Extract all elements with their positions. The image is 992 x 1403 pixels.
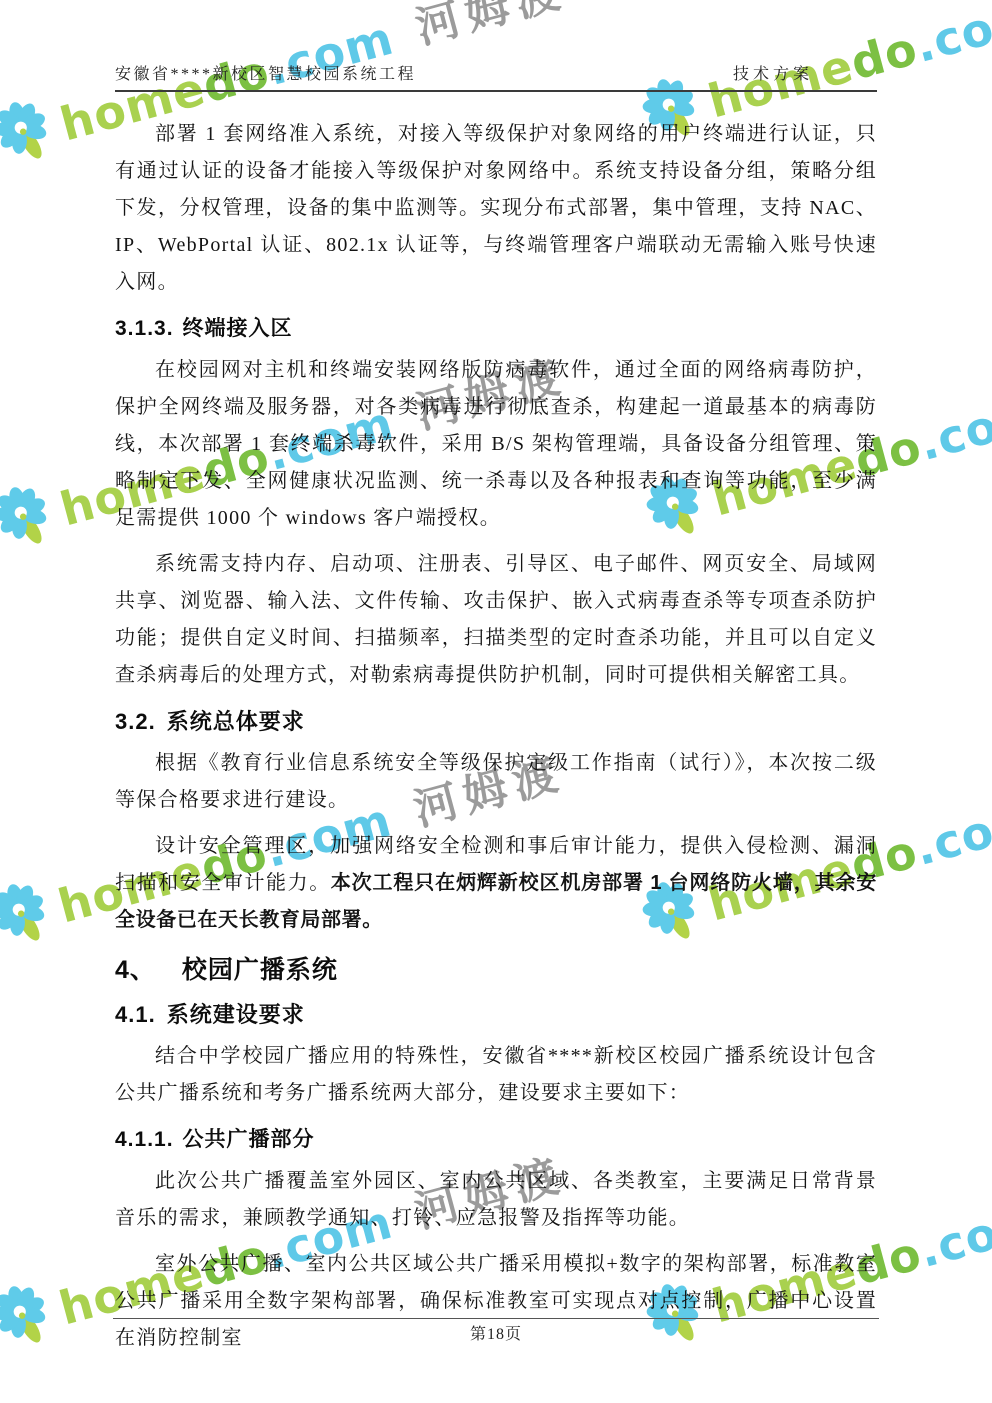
heading-title: 系统总体要求 [167, 708, 305, 736]
paragraph: 根据《教育行业信息系统安全等级保护定级工作指南（试行）》，本次按二级等保合格要求… [115, 745, 877, 819]
heading-title: 校园广播系统 [182, 953, 338, 987]
section-heading: 3.1.3.终端接入区 [115, 315, 877, 343]
page-number: 第18页 [115, 1321, 877, 1344]
homedo-flower-logo-icon [0, 1274, 63, 1366]
heading-title: 终端接入区 [183, 315, 293, 343]
heading-title: 公共广播部分 [183, 1126, 315, 1154]
text-run: 部署 1 套网络准入系统，对接入等级保护对象网络的用户终端进行认证，只有通过认证… [115, 123, 877, 293]
header-left-title: 安徽省****新校区智慧校园系统工程 [115, 61, 416, 84]
text-run: 此次公共广播覆盖室外园区、室内公共区域、各类教室，主要满足日常背景音乐的需求，兼… [115, 1170, 877, 1229]
heading-number: 4、 [115, 953, 156, 987]
header-right-title: 技术方案 [733, 61, 813, 84]
heading-number: 3.2. [115, 708, 156, 736]
heading-number: 4.1.1. [115, 1126, 174, 1154]
page-header: 安徽省****新校区智慧校园系统工程 技术方案 [115, 61, 877, 84]
paragraph: 设计安全管理区，加强网络安全检测和事后审计能力，提供入侵检测、漏洞扫描和安全审计… [115, 828, 877, 939]
section-heading: 4.1.1.公共广播部分 [115, 1126, 877, 1154]
section-heading: 4、校园广播系统 [115, 953, 877, 987]
header-rule [115, 90, 877, 92]
text-run: 在校园网对主机和终端安装网络版防病毒软件，通过全面的网络病毒防护，保护全网终端及… [115, 359, 877, 529]
homedo-flower-logo-icon [0, 90, 64, 182]
paragraph: 结合中学校园广播应用的特殊性，安徽省****新校区校园广播系统设计包含公共广播系… [115, 1038, 877, 1112]
footer-rule [113, 1318, 879, 1319]
watermark-com-text: .com [913, 386, 992, 471]
paragraph: 系统需支持内存、启动项、注册表、引导区、电子邮件、网页安全、局域网共享、浏览器、… [115, 546, 877, 694]
document-page: homedo.com河姆渡homedo.com河姆渡homedo.com河姆渡h… [0, 0, 992, 1403]
heading-number: 4.1. [115, 1001, 156, 1029]
paragraph: 此次公共广播覆盖室外园区、室内公共区域、各类教室，主要满足日常背景音乐的需求，兼… [115, 1163, 877, 1237]
section-heading: 3.2.系统总体要求 [115, 708, 877, 736]
homedo-flower-logo-icon [0, 872, 62, 964]
heading-number: 3.1.3. [115, 315, 174, 343]
paragraph: 在校园网对主机和终端安装网络版防病毒软件，通过全面的网络病毒防护，保护全网终端及… [115, 352, 877, 537]
watermark-com-text: .com [909, 0, 992, 73]
heading-title: 系统建设要求 [167, 1001, 305, 1029]
text-run: 根据《教育行业信息系统安全等级保护定级工作指南（试行）》，本次按二级等保合格要求… [115, 752, 877, 811]
paragraph: 部署 1 套网络准入系统，对接入等级保护对象网络的用户终端进行认证，只有通过认证… [115, 116, 877, 301]
homedo-flower-logo-icon [0, 475, 64, 567]
watermark-cjk-text: 河姆渡 [412, 0, 571, 51]
watermark-com-text: .com [909, 791, 992, 876]
text-run: 结合中学校园广播应用的特殊性，安徽省****新校区校园广播系统设计包含公共广播系… [115, 1045, 877, 1104]
section-heading: 4.1.系统建设要求 [115, 1001, 877, 1029]
text-run: 系统需支持内存、启动项、注册表、引导区、电子邮件、网页安全、局域网共享、浏览器、… [115, 553, 877, 686]
watermark-com-text: .com [913, 1193, 992, 1278]
document-body: 部署 1 套网络准入系统，对接入等级保护对象网络的用户终端进行认证，只有通过认证… [115, 116, 877, 1357]
